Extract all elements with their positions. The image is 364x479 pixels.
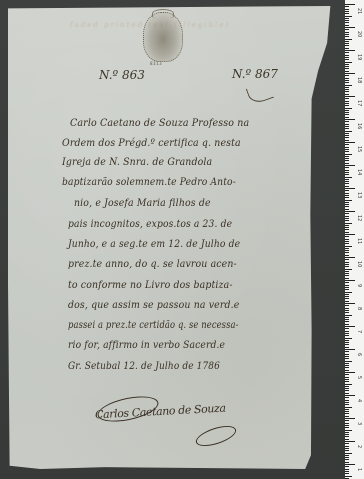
ruler-tick xyxy=(345,140,349,141)
ruler-tick xyxy=(345,200,352,201)
ruler-tick xyxy=(345,75,349,76)
ruler-tick xyxy=(345,469,349,470)
body-line: Igreja de N. Snra. de Grandola xyxy=(62,157,212,168)
ruler-tick xyxy=(345,156,349,157)
document-number-left: N.º 863 xyxy=(99,68,145,82)
ruler-tick xyxy=(345,250,349,251)
ruler-tick xyxy=(345,183,349,184)
ruler-tick xyxy=(345,282,349,283)
ruler-tick xyxy=(345,450,349,451)
ruler-tick xyxy=(345,379,349,380)
ruler-tick xyxy=(345,264,349,265)
ruler-tick xyxy=(345,124,349,125)
ruler-tick xyxy=(345,326,355,327)
ruler-label: 2 xyxy=(356,445,362,448)
ruler-tick xyxy=(345,216,349,217)
ruler-label: 13 xyxy=(356,192,362,198)
ruler-tick xyxy=(345,85,352,86)
ruler-tick xyxy=(345,121,349,122)
ruler-tick xyxy=(345,388,349,389)
ruler-tick xyxy=(345,310,349,311)
ruler-tick xyxy=(345,229,349,230)
ruler-label: 16 xyxy=(356,123,362,129)
ruler-tick xyxy=(345,151,349,152)
ruler-tick xyxy=(345,404,349,405)
ruler-tick xyxy=(345,160,349,161)
ruler-tick xyxy=(345,172,349,173)
ruler-tick xyxy=(345,400,349,401)
ruler-tick xyxy=(345,453,352,454)
ruler-tick xyxy=(345,105,349,106)
body-line: Junho, e a seg.te em 12. de Julho de xyxy=(68,239,240,250)
body-line: Gr. Setubal 12. de Julho de 1786 xyxy=(68,361,220,372)
body-line: Ordem dos Prégd.º certifica q. nesta xyxy=(62,138,241,149)
ruler-tick xyxy=(345,220,349,221)
ruler-tick xyxy=(345,204,349,205)
ruler-tick xyxy=(345,386,349,387)
ruler-label: 19 xyxy=(356,54,362,60)
ruler-tick xyxy=(345,315,352,316)
ruler-tick xyxy=(345,193,349,194)
ruler-label: 17 xyxy=(356,100,362,106)
ruler-tick xyxy=(345,298,349,299)
ruler-tick xyxy=(345,108,352,109)
ruler-tick xyxy=(345,188,355,189)
ruler-tick xyxy=(345,296,349,297)
ruler-tick xyxy=(345,20,349,21)
ruler-tick xyxy=(345,390,349,391)
ruler-tick xyxy=(345,179,349,180)
ruler-tick xyxy=(345,365,349,366)
ruler-label: 21 xyxy=(356,8,362,14)
ruler-tick xyxy=(345,471,349,472)
ruler-tick xyxy=(345,154,352,155)
ruler-tick xyxy=(345,133,349,134)
ruler-tick xyxy=(345,259,349,260)
ruler-tick xyxy=(345,312,349,313)
ruler-tick xyxy=(345,455,349,456)
ruler-tick xyxy=(345,464,355,465)
ruler-label: 1 xyxy=(356,468,362,471)
body-line: dos, que assim se passou na verd.e xyxy=(68,300,239,311)
ruler-tick xyxy=(345,446,349,447)
ruler-tick xyxy=(345,436,349,437)
ruler-tick xyxy=(345,213,349,214)
ruler-tick xyxy=(345,55,349,56)
ruler-label: 4 xyxy=(356,399,362,402)
ruler-tick xyxy=(345,218,349,219)
ruler-tick xyxy=(345,225,349,226)
ruler-tick xyxy=(345,246,352,247)
ruler-tick xyxy=(345,45,349,46)
ruler-tick xyxy=(345,239,349,240)
ruler-tick xyxy=(345,131,352,132)
ruler-tick xyxy=(345,52,349,53)
ruler-tick xyxy=(345,248,349,249)
stamp-serial: 8313 xyxy=(150,61,162,66)
ruler-tick xyxy=(345,418,355,419)
ruler-tick xyxy=(345,416,349,417)
ruler-tick xyxy=(345,367,349,368)
ruler-tick xyxy=(345,443,349,444)
body-line: pais incognitos, expos.tos a 23. de xyxy=(68,219,232,230)
ruler-tick xyxy=(345,317,349,318)
ruler-tick xyxy=(345,434,349,435)
ruler-tick xyxy=(345,356,349,357)
ruler-tick xyxy=(345,98,349,99)
ruler-tick xyxy=(345,227,349,228)
ruler-tick xyxy=(345,27,355,28)
ruler-tick xyxy=(345,68,349,69)
ruler-tick xyxy=(345,301,349,302)
ruler-tick xyxy=(345,34,349,35)
ruler-tick xyxy=(345,80,349,81)
ruler-tick xyxy=(345,423,349,424)
ruler-tick xyxy=(345,363,349,364)
ruler-tick xyxy=(345,335,349,336)
ruler-label: 14 xyxy=(356,169,362,175)
coat-of-arms-stamp-icon xyxy=(143,12,183,62)
ruler-tick xyxy=(345,73,355,74)
ruler-tick xyxy=(345,144,349,145)
ruler-label: 18 xyxy=(356,77,362,83)
ruler-tick xyxy=(345,29,349,30)
ruler-label: 10 xyxy=(356,261,362,267)
ruler-tick xyxy=(345,101,349,102)
ruler-tick xyxy=(345,170,349,171)
ruler-ticks: 212019181716151413121110987654321 xyxy=(345,0,364,479)
ruler-tick xyxy=(345,395,355,396)
ruler-tick xyxy=(345,374,349,375)
ruler-tick xyxy=(345,303,355,304)
ruler-tick xyxy=(345,407,352,408)
ruler-tick xyxy=(345,333,349,334)
ruler-tick xyxy=(345,64,349,65)
ruler-tick xyxy=(345,126,349,127)
ruler-tick xyxy=(345,344,349,345)
ruler-tick xyxy=(345,243,349,244)
ruler-tick xyxy=(345,135,349,136)
ruler-tick xyxy=(345,78,349,79)
ruler-tick xyxy=(345,457,349,458)
ruler-tick xyxy=(345,285,349,286)
ruler-tick xyxy=(345,321,349,322)
ruler-label: 7 xyxy=(356,330,362,333)
ruler-tick xyxy=(345,420,349,421)
ruler-tick xyxy=(345,427,349,428)
ruler-label: 6 xyxy=(356,353,362,356)
ruler-tick xyxy=(345,324,349,325)
ruler-label: 5 xyxy=(356,376,362,379)
ruler-tick xyxy=(345,273,349,274)
ruler-tick xyxy=(345,278,349,279)
ruler-tick xyxy=(345,305,349,306)
ruler-tick xyxy=(345,66,349,67)
ruler-tick xyxy=(345,308,349,309)
body-line: prez.te anno, do q. se lavrou acen- xyxy=(68,259,237,270)
ruler-tick xyxy=(345,328,349,329)
ruler-tick xyxy=(345,411,349,412)
ruler-tick xyxy=(345,128,349,129)
ruler-tick xyxy=(345,236,349,237)
ruler-tick xyxy=(345,413,349,414)
ruler-label: 11 xyxy=(356,238,362,244)
ruler-label: 3 xyxy=(356,422,362,425)
ruler-tick xyxy=(345,409,349,410)
ruler-tick xyxy=(345,255,349,256)
ruler-tick xyxy=(345,266,349,267)
ruler-tick xyxy=(345,32,349,33)
ruler-tick xyxy=(345,384,352,385)
ruler-tick xyxy=(345,103,349,104)
ruler-tick xyxy=(345,338,352,339)
ruler-tick xyxy=(345,202,349,203)
ruler-label: 15 xyxy=(356,146,362,152)
ruler-tick xyxy=(345,241,349,242)
ruler-tick xyxy=(345,96,355,97)
ruler-tick xyxy=(345,232,349,233)
document-paper xyxy=(8,6,331,469)
ruler-tick xyxy=(345,370,349,371)
ruler-tick xyxy=(345,377,349,378)
ruler-tick xyxy=(345,25,349,26)
ruler-tick xyxy=(345,292,352,293)
ruler-tick xyxy=(345,36,349,37)
body-line: baptizarão solemnem.te Pedro Anto- xyxy=(62,177,236,188)
body-line: to conforme no Livro dos baptiza- xyxy=(68,280,233,291)
ruler-label: 12 xyxy=(356,215,362,221)
ruler-tick xyxy=(345,16,352,17)
ruler-tick xyxy=(345,41,349,42)
ruler-tick xyxy=(345,402,349,403)
ruler-tick xyxy=(345,149,349,150)
ruler-tick xyxy=(345,459,349,460)
ruler-tick xyxy=(345,186,349,187)
ruler-tick xyxy=(345,289,349,290)
body-line: rio for, affirmo in verbo Sacerd.e xyxy=(68,340,225,351)
ruler-tick xyxy=(345,174,349,175)
ruler-tick xyxy=(345,206,349,207)
ruler-tick xyxy=(345,340,349,341)
ruler-tick xyxy=(345,177,352,178)
ruler-tick xyxy=(345,89,349,90)
ruler-tick xyxy=(345,425,349,426)
ruler-tick xyxy=(345,147,349,148)
ruler-label: 8 xyxy=(356,307,362,310)
ruler-tick xyxy=(345,11,349,12)
ruler-tick xyxy=(345,441,355,442)
ruler-tick xyxy=(345,349,355,350)
ruler-tick xyxy=(345,280,355,281)
ruler-tick xyxy=(345,476,352,477)
ruler-tick xyxy=(345,209,349,210)
ruler-tick xyxy=(345,262,349,263)
ruler-label: 9 xyxy=(356,284,362,287)
ruler-tick xyxy=(345,372,355,373)
ruler-tick xyxy=(345,167,349,168)
ruler-tick xyxy=(345,466,349,467)
body-line: nio, e Josefa Maria filhos de xyxy=(74,198,211,209)
ruler-tick xyxy=(345,331,349,332)
ruler-tick xyxy=(345,252,349,253)
ruler-tick xyxy=(345,358,349,359)
ruler-tick xyxy=(345,354,349,355)
document-number-right: N.º 867 xyxy=(232,67,278,81)
ruler-tick xyxy=(345,48,349,49)
ruler-tick xyxy=(345,94,349,95)
ruler-tick xyxy=(345,119,355,120)
ruler-tick xyxy=(345,432,349,433)
ruler-tick xyxy=(345,13,349,14)
ruler-tick xyxy=(345,462,349,463)
ruler-tick xyxy=(345,62,352,63)
ruler-tick xyxy=(345,430,352,431)
ruler-tick xyxy=(345,43,349,44)
ruler-tick xyxy=(345,294,349,295)
ruler-tick xyxy=(345,351,349,352)
ruler-tick xyxy=(345,142,355,143)
ruler-tick xyxy=(345,165,355,166)
ruler-tick xyxy=(345,57,349,58)
ruler-tick xyxy=(345,117,349,118)
ruler-tick xyxy=(345,195,349,196)
ruler-tick xyxy=(345,59,349,60)
ruler-tick xyxy=(345,275,349,276)
ruler-tick xyxy=(345,158,349,159)
ruler-tick xyxy=(345,473,349,474)
ruler-tick xyxy=(345,114,349,115)
ruler-tick xyxy=(345,112,349,113)
ruler-tick xyxy=(345,82,349,83)
ruler-tick xyxy=(345,91,349,92)
ruler-tick xyxy=(345,223,352,224)
ruler-tick xyxy=(345,347,349,348)
ruler-tick xyxy=(345,393,349,394)
ruler-tick xyxy=(345,39,352,40)
ruler-tick xyxy=(345,18,349,19)
ruler-tick xyxy=(345,271,349,272)
ruler-tick xyxy=(345,87,349,88)
ruler-tick xyxy=(345,269,352,270)
ruler-tick xyxy=(345,448,349,449)
ruler-tick xyxy=(345,439,349,440)
ruler-tick xyxy=(345,319,349,320)
ruler-tick xyxy=(345,163,349,164)
body-line: passei a prez.te certidão q. se necessa- xyxy=(68,320,239,331)
body-line: Carlo Caetano de Souza Professo na xyxy=(70,118,249,129)
ruler-tick xyxy=(345,6,349,7)
ruler-tick xyxy=(345,361,352,362)
ruler-tick xyxy=(345,137,349,138)
ruler-tick xyxy=(345,110,349,111)
ruler-tick xyxy=(345,50,355,51)
ruler-tick xyxy=(345,71,349,72)
ruler-tick xyxy=(345,342,349,343)
ruler-label: 20 xyxy=(356,31,362,37)
ruler-tick xyxy=(345,197,349,198)
ruler-tick xyxy=(345,4,355,5)
ruler-tick xyxy=(345,234,355,235)
ruler-tick xyxy=(345,22,349,23)
ruler-tick xyxy=(345,397,349,398)
ruler-tick xyxy=(345,287,349,288)
ruler-tick xyxy=(345,190,349,191)
ruler-tick xyxy=(345,211,355,212)
ruler-tick xyxy=(345,257,355,258)
ruler-tick xyxy=(345,181,349,182)
measurement-ruler: 212019181716151413121110987654321 xyxy=(345,0,364,479)
ruler-tick xyxy=(345,381,349,382)
ruler-tick xyxy=(345,9,349,10)
